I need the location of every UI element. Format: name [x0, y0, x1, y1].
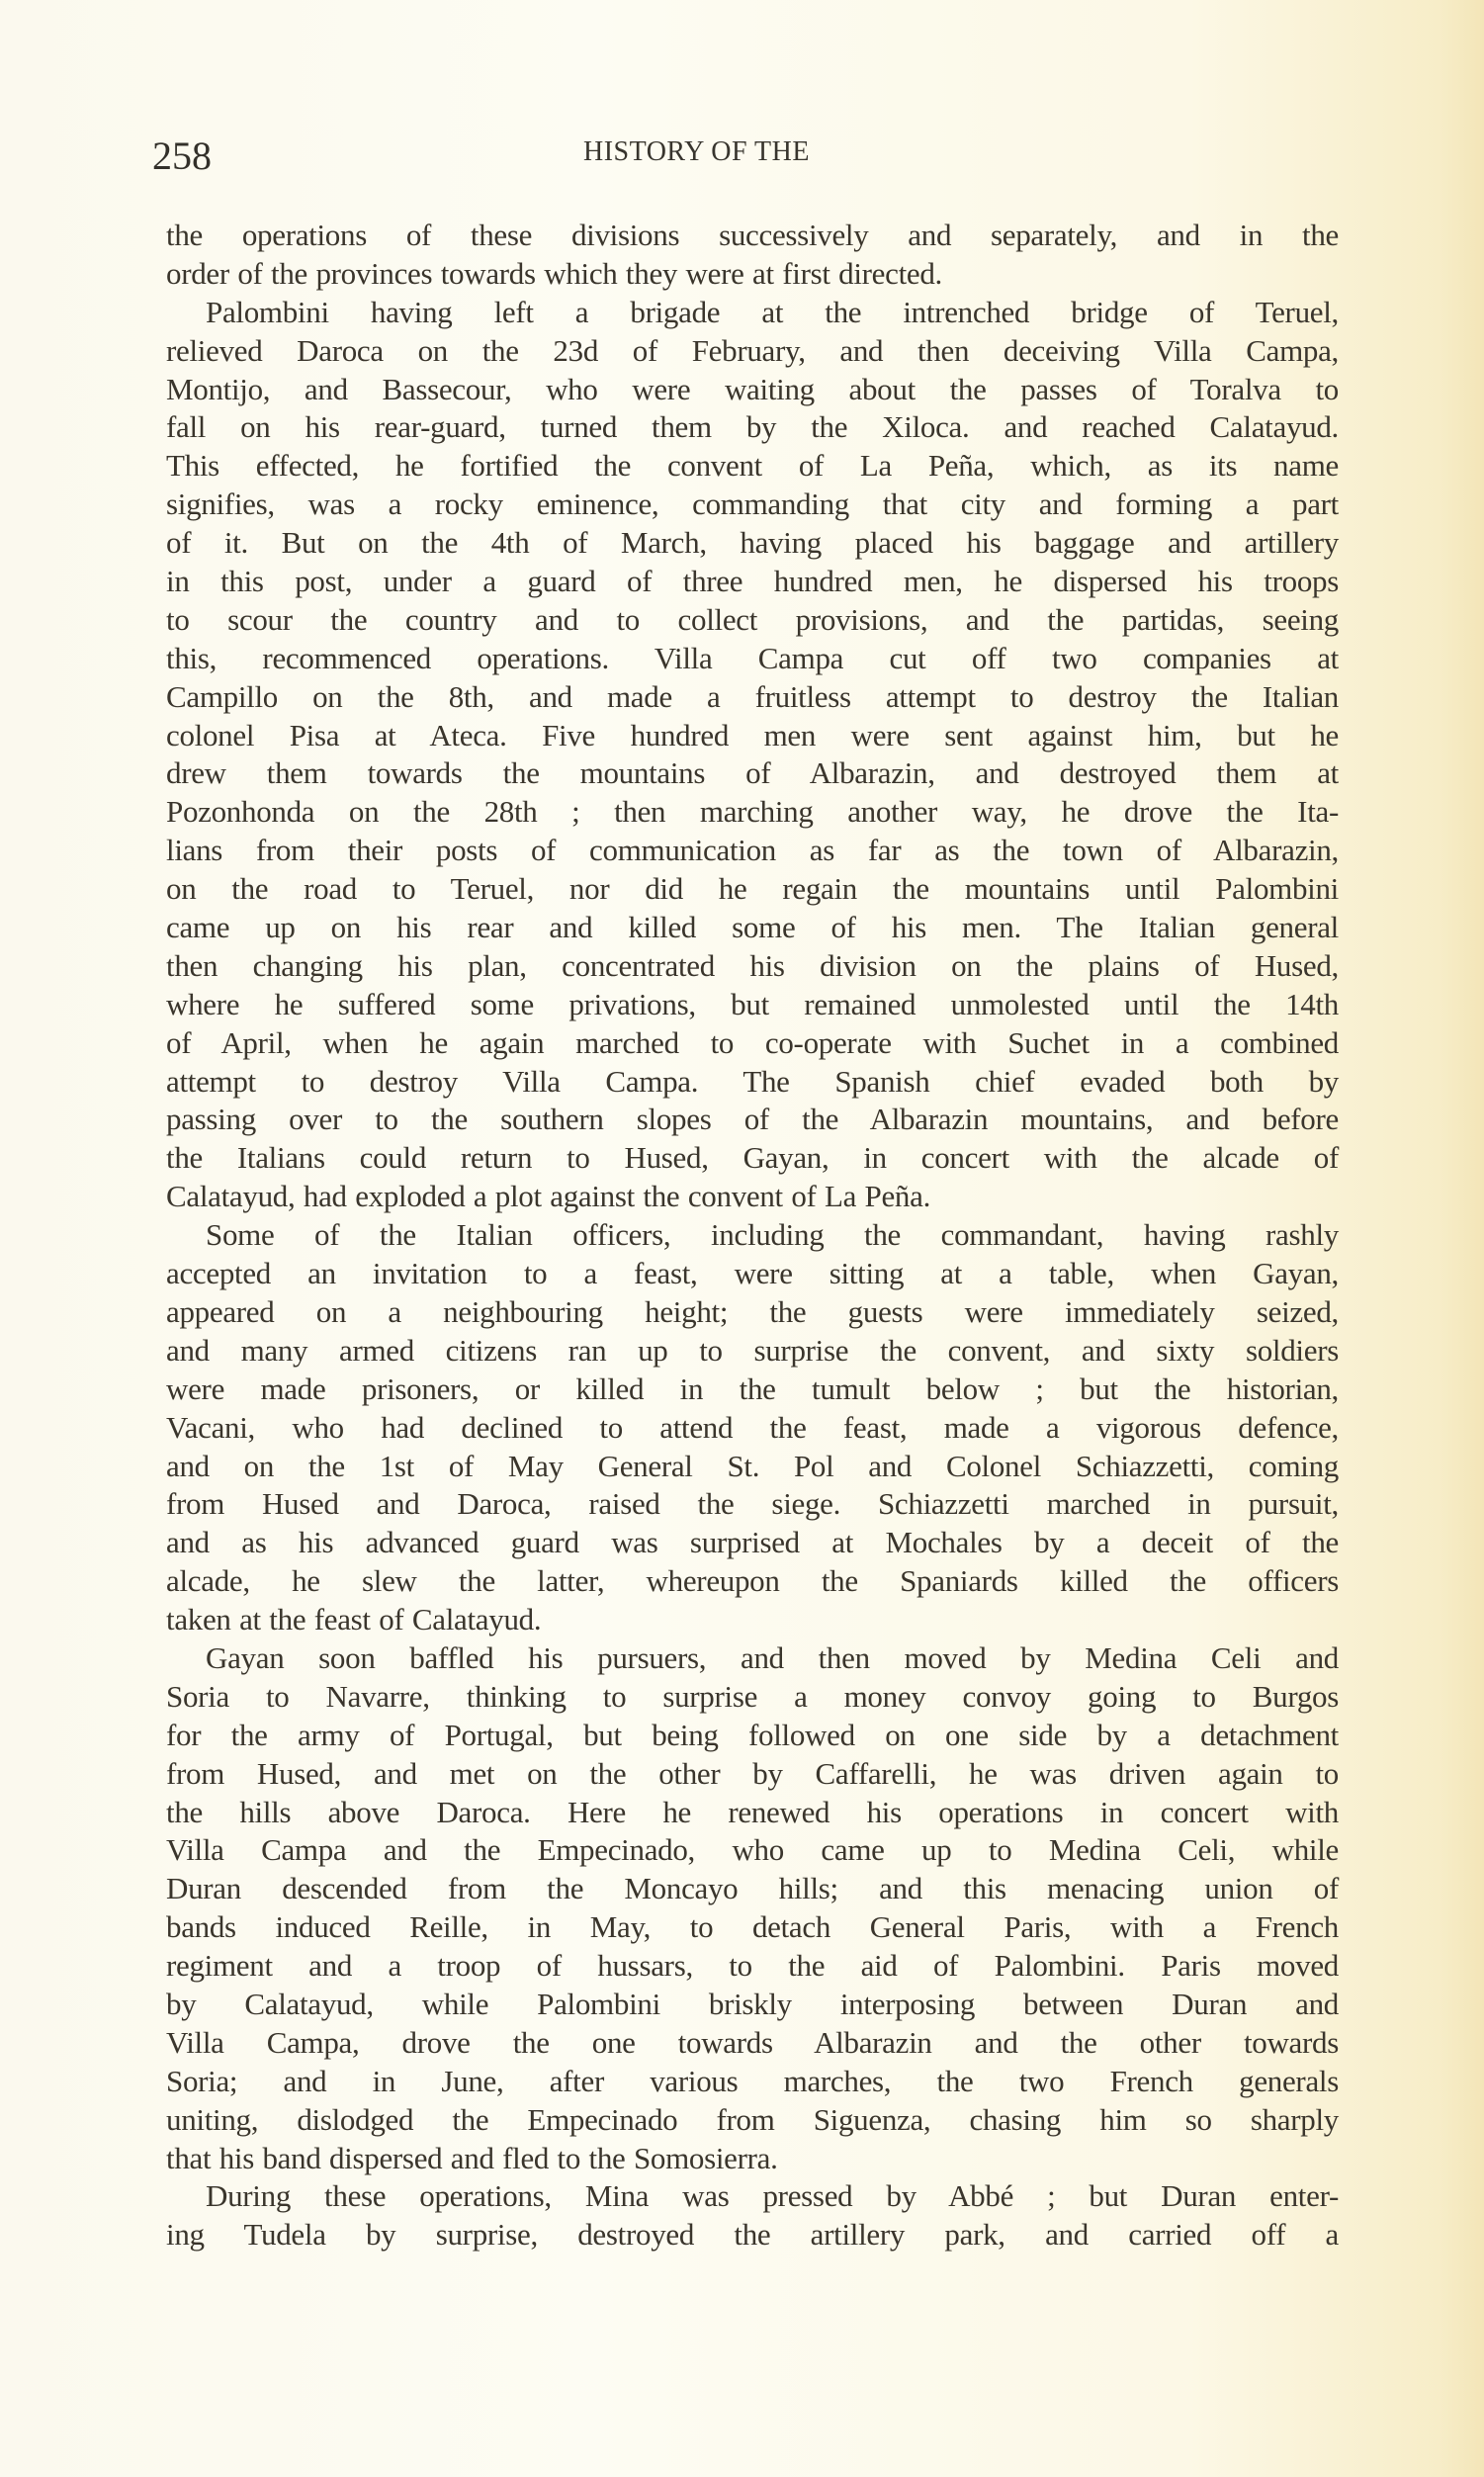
text-line: passing over to the southern slopes of t… [166, 1101, 1339, 1139]
text-line: drew them towards the mountains of Albar… [166, 754, 1339, 793]
text-line: that his band dispersed and fled to the … [166, 2140, 1339, 2178]
text-line: During these operations, Mina was presse… [166, 2177, 1339, 2216]
text-line: then changing his plan, concentrated his… [166, 947, 1339, 986]
text-line: the operations of these divisions succes… [166, 217, 1339, 255]
text-line: the hills above Daroca. Here he renewed … [166, 1794, 1339, 1832]
text-line: of it. But on the 4th of March, having p… [166, 524, 1339, 563]
text-line: for the army of Portugal, but being foll… [166, 1717, 1339, 1755]
text-line: to scour the country and to collect prov… [166, 601, 1339, 640]
text-line: fall on his rear-guard, turned them by t… [166, 408, 1339, 447]
text-line: in this post, under a guard of three hun… [166, 563, 1339, 601]
text-line: relieved Daroca on the 23d of February, … [166, 332, 1339, 371]
text-line: were made prisoners, or killed in the tu… [166, 1371, 1339, 1409]
text-line: This effected, he fortified the convent … [166, 447, 1339, 486]
text-line: this, recommenced operations. Villa Camp… [166, 640, 1339, 678]
text-line: appeared on a neighbouring height; the g… [166, 1293, 1339, 1332]
text-line: and on the 1st of May General St. Pol an… [166, 1448, 1339, 1486]
text-line: Montijo, and Bassecour, who were waiting… [166, 371, 1339, 409]
text-line: of April, when he again marched to co-op… [166, 1024, 1339, 1063]
paragraph: the operations of these divisions succes… [166, 217, 1339, 294]
text-line: Villa Campa and the Empecinado, who came… [166, 1831, 1339, 1870]
text-line: signifies, was a rocky eminence, command… [166, 486, 1339, 524]
text-line: lians from their posts of communication … [166, 832, 1339, 870]
text-line: Campillo on the 8th, and made a fruitles… [166, 678, 1339, 717]
text-line: Villa Campa, drove the one towards Albar… [166, 2024, 1339, 2063]
text-line: and many armed citizens ran up to surpri… [166, 1332, 1339, 1371]
text-line: bands induced Reille, in May, to detach … [166, 1908, 1339, 1947]
paragraph: Some of the Italian officers, including … [166, 1216, 1339, 1639]
paragraph: During these operations, Mina was presse… [166, 2177, 1339, 2255]
paragraph: Palombini having left a brigade at the i… [166, 294, 1339, 1216]
text-line: colonel Pisa at Ateca. Five hundred men … [166, 717, 1339, 755]
text-line: Soria; and in June, after various marche… [166, 2063, 1339, 2101]
text-line: Duran descended from the Moncayo hills; … [166, 1870, 1339, 1908]
text-line: Some of the Italian officers, including … [166, 1216, 1339, 1255]
paragraph: Gayan soon baffled his pursuers, and the… [166, 1639, 1339, 2177]
text-line: Calatayud, had exploded a plot against t… [166, 1178, 1339, 1216]
text-line: from Hused, and met on the other by Caff… [166, 1755, 1339, 1794]
text-line: Pozonhonda on the 28th ; then marching a… [166, 793, 1339, 832]
running-head-title: HISTORY OF THE [583, 136, 810, 168]
text-line: from Hused and Daroca, raised the siege.… [166, 1485, 1339, 1524]
text-line: accepted an invitation to a feast, were … [166, 1255, 1339, 1293]
text-line: regiment and a troop of hussars, to the … [166, 1947, 1339, 1986]
text-line: Vacani, who had declined to attend the f… [166, 1409, 1339, 1448]
text-line: ing Tudela by surprise, destroyed the ar… [166, 2216, 1339, 2255]
text-line: alcade, he slew the latter, whereupon th… [166, 1562, 1339, 1601]
text-line: Palombini having left a brigade at the i… [166, 294, 1339, 332]
text-line: uniting, dislodged the Empecinado from S… [166, 2101, 1339, 2140]
body-text: the operations of these divisions succes… [166, 217, 1339, 2255]
text-line: Gayan soon baffled his pursuers, and the… [166, 1639, 1339, 1678]
text-line: attempt to destroy Villa Campa. The Span… [166, 1063, 1339, 1102]
text-line: came up on his rear and killed some of h… [166, 909, 1339, 947]
text-line: order of the provinces towards which the… [166, 255, 1339, 294]
text-line: Soria to Navarre, thinking to surprise a… [166, 1678, 1339, 1717]
text-line: on the road to Teruel, nor did he regain… [166, 870, 1339, 909]
text-line: and as his advanced guard was surprised … [166, 1524, 1339, 1562]
text-line: taken at the feast of Calatayud. [166, 1601, 1339, 1639]
text-line: the Italians could return to Hused, Gaya… [166, 1139, 1339, 1178]
text-line: where he suffered some privations, but r… [166, 986, 1339, 1024]
page-number: 258 [152, 134, 212, 178]
text-line: by Calatayud, while Palombini briskly in… [166, 1986, 1339, 2024]
